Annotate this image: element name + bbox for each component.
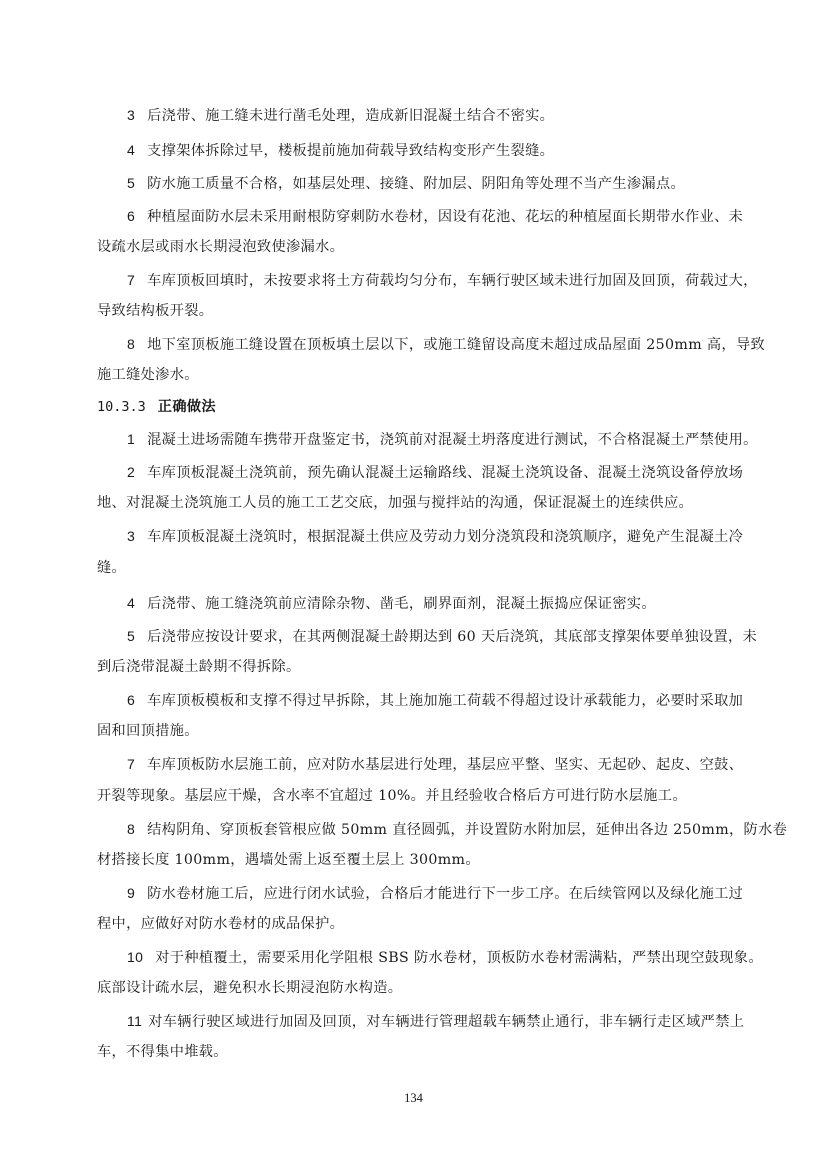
item-number: 10 xyxy=(127,949,143,965)
item-text: 车库顶板回填时，未按要求将土方荷载均匀分布，车辆行驶区域未进行加固及回顶，荷载过… xyxy=(147,273,758,289)
list-item-3-cont: 缝。 xyxy=(97,559,733,577)
item-text: 防水卷材施工后，应进行闭水试验，合格后才能进行下一步工序。在后续管网以及绿化施工… xyxy=(147,886,743,902)
item-text: 对于种植覆土，需要采用化学阻根 SBS 防水卷材，顶板防水卷材需满粘，严禁出现空… xyxy=(155,950,763,966)
section-heading: 10.3.3正确做法 xyxy=(97,398,733,416)
list-item-6: 6车库顶板模板和支撑不得过早拆除，其上施加施工荷载不得超过设计承载能力，必要时采… xyxy=(127,691,733,710)
list-item-9-cont: 程中，应做好对防水卷材的成品保护。 xyxy=(97,915,733,933)
item-text: 车库顶板混凝土浇筑时，根据混凝土供应及劳动力划分浇筑段和浇筑顺序，避免产生混凝土… xyxy=(147,529,743,545)
list-item-3: 3车库顶板混凝土浇筑时，根据混凝土供应及劳动力划分浇筑段和浇筑顺序，避免产生混凝… xyxy=(127,527,733,546)
item-text: 后浇带、施工缝未进行凿毛处理，造成新旧混凝土结合不密实。 xyxy=(147,108,554,124)
list-item-2: 2车库顶板混凝土浇筑前，预先确认混凝土运输路线、混凝土浇筑设备、混凝土浇筑设备停… xyxy=(127,463,733,482)
list-item-10: 10对于种植覆土，需要采用化学阻根 SBS 防水卷材，顶板防水卷材需满粘，严禁出… xyxy=(127,948,733,967)
list-item-prev-6-cont: 设疏水层或雨水长期浸泡致使渗漏水。 xyxy=(97,238,733,256)
document-page: 3后浇带、施工缝未进行凿毛处理，造成新旧混凝土结合不密实。 4支撑架体拆除过早，… xyxy=(0,0,827,1170)
item-number: 4 xyxy=(127,142,135,158)
item-number: 2 xyxy=(127,464,135,480)
section-number: 10.3.3 xyxy=(97,399,146,415)
list-item-prev-4: 4支撑架体拆除过早，楼板提前施加荷载导致结构变形产生裂缝。 xyxy=(127,141,733,160)
list-item-9: 9防水卷材施工后，应进行闭水试验，合格后才能进行下一步工序。在后续管网以及绿化施… xyxy=(127,884,733,903)
item-number: 5 xyxy=(127,175,135,191)
item-number: 8 xyxy=(127,821,135,837)
item-text: 车库顶板防水层施工前，应对防水基层进行处理，基层应平整、坚实、无起砂、起皮、空鼓… xyxy=(147,757,743,773)
list-item-11: 11对车辆行驶区域进行加固及回顶，对车辆进行管理超载车辆禁止通行，非车辆行走区域… xyxy=(127,1012,733,1031)
item-number: 5 xyxy=(127,628,135,644)
item-number: 4 xyxy=(127,595,135,611)
page-number: 134 xyxy=(0,1091,827,1106)
list-item-prev-6: 6种植屋面防水层未采用耐根防穿刺防水卷材，因设有花池、花坛的种植屋面长期带水作业… xyxy=(127,207,733,226)
list-item-prev-3: 3后浇带、施工缝未进行凿毛处理，造成新旧混凝土结合不密实。 xyxy=(127,106,733,125)
list-item-prev-7: 7车库顶板回填时，未按要求将土方荷载均匀分布，车辆行驶区域未进行加固及回顶，荷载… xyxy=(127,271,733,290)
item-text: 地下室顶板施工缝设置在顶板填土层以下，或施工缝留设高度未超过成品屋面 250mm… xyxy=(147,337,765,353)
item-text: 支撑架体拆除过早，楼板提前施加荷载导致结构变形产生裂缝。 xyxy=(147,143,554,159)
item-text: 种植屋面防水层未采用耐根防穿刺防水卷材，因设有花池、花坛的种植屋面长期带水作业、… xyxy=(147,209,743,225)
list-item-prev-8: 8地下室顶板施工缝设置在顶板填土层以下，或施工缝留设高度未超过成品屋面 250m… xyxy=(127,335,733,354)
list-item-8: 8结构阴角、穿顶板套管根应做 50mm 直径圆弧，并设置防水附加层，延伸出各边 … xyxy=(127,820,733,839)
list-item-11-cont: 车，不得集中堆载。 xyxy=(97,1043,733,1061)
list-item-prev-7-cont: 导致结构板开裂。 xyxy=(97,302,733,320)
item-number: 3 xyxy=(127,107,135,123)
list-item-10-cont: 底部设计疏水层，避免积水长期浸泡防水构造。 xyxy=(97,979,733,997)
item-number: 9 xyxy=(127,885,135,901)
item-text: 结构阴角、穿顶板套管根应做 50mm 直径圆弧，并设置防水附加层，延伸出各边 2… xyxy=(147,822,787,838)
item-number: 7 xyxy=(127,272,135,288)
section-title: 正确做法 xyxy=(158,399,216,415)
item-text: 对车辆行驶区域进行加固及回顶，对车辆进行管理超载车辆禁止通行，非车辆行走区域严禁… xyxy=(148,1014,744,1030)
item-number: 8 xyxy=(127,336,135,352)
list-item-1: 1混凝土进场需随车携带开盘鉴定书，浇筑前对混凝土坍落度进行测试，不合格混凝土严禁… xyxy=(127,430,733,449)
item-number: 6 xyxy=(127,692,135,708)
list-item-8-cont: 材搭接长度 100mm，遇墙处需上返至覆土层上 300mm。 xyxy=(97,851,733,869)
item-text: 车库顶板混凝土浇筑前，预先确认混凝土运输路线、混凝土浇筑设备、混凝土浇筑设备停放… xyxy=(147,465,743,481)
list-item-7-cont: 开裂等现象。基层应干燥，含水率不宜超过 10%。并且经验收合格后方可进行防水层施… xyxy=(97,787,733,805)
item-text: 车库顶板模板和支撑不得过早拆除，其上施加施工荷载不得超过设计承载能力，必要时采取… xyxy=(147,693,743,709)
list-item-5: 5后浇带应按设计要求，在其两侧混凝土龄期达到 60 天后浇筑，其底部支撑架体要单… xyxy=(127,627,733,646)
list-item-4: 4后浇带、施工缝浇筑前应清除杂物、凿毛，刷界面剂，混凝土振捣应保证密实。 xyxy=(127,594,733,613)
item-number: 7 xyxy=(127,756,135,772)
item-text: 后浇带、施工缝浇筑前应清除杂物、凿毛，刷界面剂，混凝土振捣应保证密实。 xyxy=(147,596,656,612)
list-item-5-cont: 到后浇带混凝土龄期不得拆除。 xyxy=(97,658,733,676)
list-item-prev-5: 5防水施工质量不合格，如基层处理、接缝、附加层、阴阳角等处理不当产生渗漏点。 xyxy=(127,174,733,193)
list-item-7: 7车库顶板防水层施工前，应对防水基层进行处理，基层应平整、坚实、无起砂、起皮、空… xyxy=(127,755,733,774)
item-number: 11 xyxy=(127,1013,142,1029)
item-number: 6 xyxy=(127,208,135,224)
item-number: 1 xyxy=(127,431,135,447)
item-text: 防水施工质量不合格，如基层处理、接缝、附加层、阴阳角等处理不当产生渗漏点。 xyxy=(147,176,685,192)
item-text: 后浇带应按设计要求，在其两侧混凝土龄期达到 60 天后浇筑，其底部支撑架体要单独… xyxy=(147,629,757,645)
list-item-prev-8-cont: 施工缝处渗水。 xyxy=(97,366,733,384)
item-number: 3 xyxy=(127,528,135,544)
list-item-6-cont: 固和回顶措施。 xyxy=(97,722,733,740)
list-item-2-cont: 地、对混凝土浇筑施工人员的施工工艺交底，加强与搅拌站的沟通，保证混凝土的连续供应… xyxy=(97,494,733,512)
item-text: 混凝土进场需随车携带开盘鉴定书，浇筑前对混凝土坍落度进行测试，不合格混凝土严禁使… xyxy=(147,432,758,448)
